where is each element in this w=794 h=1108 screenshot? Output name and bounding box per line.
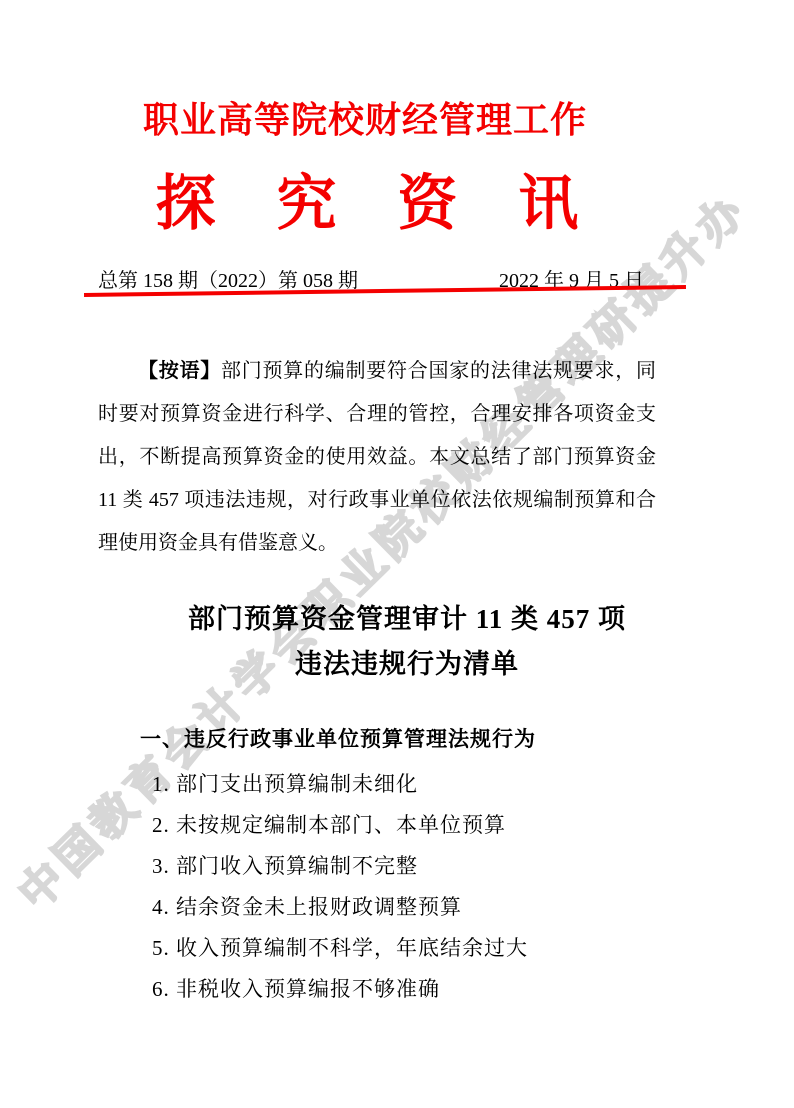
list-item: 3. 部门收入预算编制不完整 bbox=[152, 846, 652, 887]
editor-note-paragraph: 【按语】部门预算的编制要符合国家的法律法规要求，同时要对预算资金进行科学、合理的… bbox=[98, 350, 656, 565]
article-title-line1: 部门预算资金管理审计 11 类 457 项 bbox=[10, 597, 794, 642]
editor-note-label: 【按语】 bbox=[138, 360, 221, 382]
masthead-brand-title: 探 究 资 讯 bbox=[0, 156, 764, 242]
issue-number: 总第 158 期（2022）第 058 期 bbox=[98, 264, 358, 293]
article-title: 部门预算资金管理审计 11 类 457 项 违法违规行为清单 bbox=[10, 597, 794, 687]
violation-list: 1. 部门支出预算编制未细化 2. 未按规定编制本部门、本单位预算 3. 部门收… bbox=[152, 764, 652, 1010]
section-1-heading: 一、违反行政事业单位预算管理法规行为 bbox=[140, 723, 536, 753]
article-title-line2: 违法违规行为清单 bbox=[10, 642, 794, 687]
editor-note-body: 部门预算的编制要符合国家的法律法规要求，同时要对预算资金进行科学、合理的管控，合… bbox=[98, 360, 656, 554]
list-item: 5. 收入预算编制不科学，年底结余过大 bbox=[152, 928, 652, 969]
list-item: 2. 未按规定编制本部门、本单位预算 bbox=[152, 805, 652, 846]
list-item: 6. 非税收入预算编报不够准确 bbox=[152, 969, 652, 1010]
list-item: 1. 部门支出预算编制未细化 bbox=[152, 764, 652, 805]
list-item: 4. 结余资金未上报财政调整预算 bbox=[152, 887, 652, 928]
document-page: 中国教育会计学会职业院校财经管理研提升办 职业高等院校财经管理工作 探 究 资 … bbox=[0, 0, 794, 1108]
masthead-supertitle: 职业高等院校财经管理工作 bbox=[0, 92, 762, 143]
